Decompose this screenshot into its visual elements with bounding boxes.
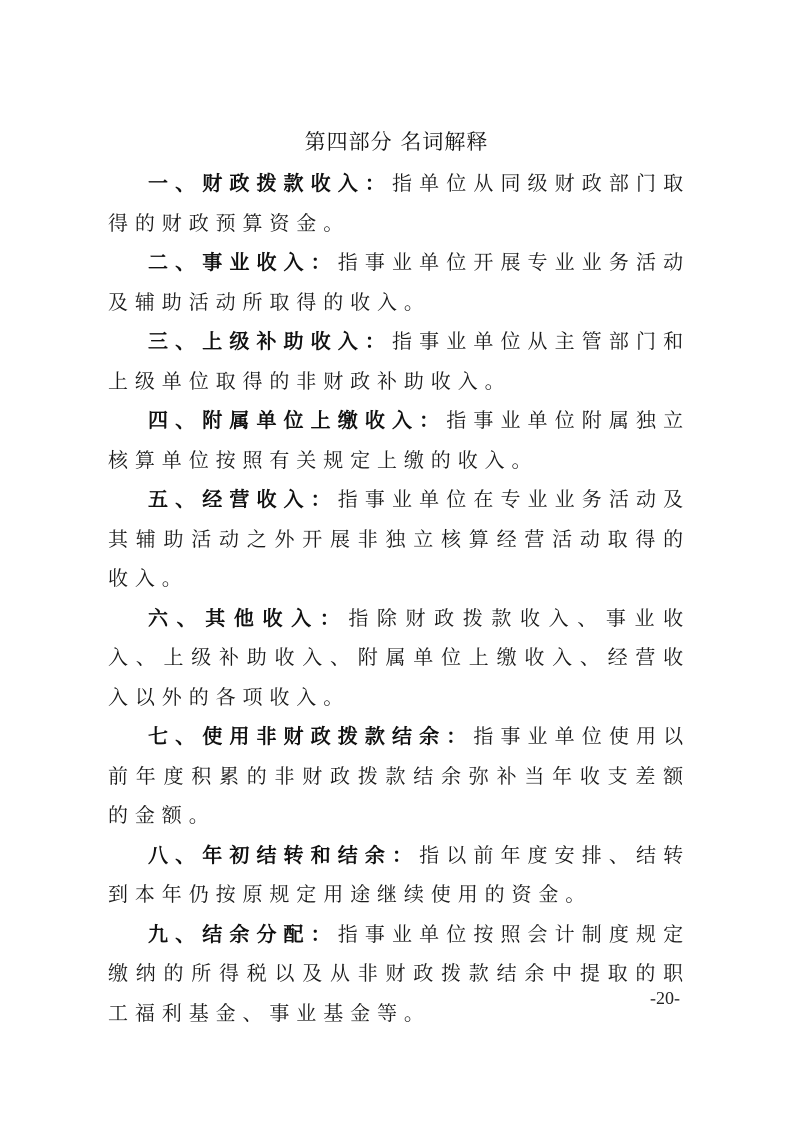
glossary-entry: 七、使用非财政拨款结余：指事业单位使用以前年度积累的非财政拨款结余弥补当年收支差…: [108, 717, 690, 836]
entry-term: 二、事业收入：: [148, 250, 338, 274]
entry-term: 九、结余分配：: [148, 922, 338, 946]
glossary-body: 一、财政拨款收入：指单位从同级财政部门取得的财政预算资金。 二、事业收入：指事业…: [108, 164, 690, 1033]
entry-term: 一、财政拨款收入：: [148, 171, 392, 195]
entry-term: 八、年初结转和结余：: [148, 843, 419, 867]
entry-term: 三、上级补助收入：: [148, 329, 392, 353]
glossary-entry: 三、上级补助收入：指事业单位从主管部门和上级单位取得的非财政补助收入。: [108, 322, 690, 401]
entry-term: 六、其他收入：: [148, 606, 348, 630]
page-number: -20-: [650, 988, 680, 1009]
glossary-entry: 八、年初结转和结余：指以前年度安排、结转到本年仍按原规定用途继续使用的资金。: [108, 836, 690, 915]
glossary-entry: 一、财政拨款收入：指单位从同级财政部门取得的财政预算资金。: [108, 164, 690, 243]
entry-term: 七、使用非财政拨款结余：: [148, 724, 473, 748]
glossary-entry: 九、结余分配：指事业单位按照会计制度规定缴纳的所得税以及从非财政拨款结余中提取的…: [108, 915, 690, 1034]
entry-term: 五、经营收入：: [148, 487, 338, 511]
page-title: 第四部分 名词解释: [0, 126, 793, 156]
glossary-entry: 六、其他收入：指除财政拨款收入、事业收入、上级补助收入、附属单位上缴收入、经营收…: [108, 599, 690, 718]
glossary-entry: 二、事业收入：指事业单位开展专业业务活动及辅助活动所取得的收入。: [108, 243, 690, 322]
glossary-entry: 五、经营收入：指事业单位在专业业务活动及其辅助活动之外开展非独立核算经营活动取得…: [108, 480, 690, 599]
entry-term: 四、附属单位上缴收入：: [148, 408, 446, 432]
glossary-entry: 四、附属单位上缴收入：指事业单位附属独立核算单位按照有关规定上缴的收入。: [108, 401, 690, 480]
